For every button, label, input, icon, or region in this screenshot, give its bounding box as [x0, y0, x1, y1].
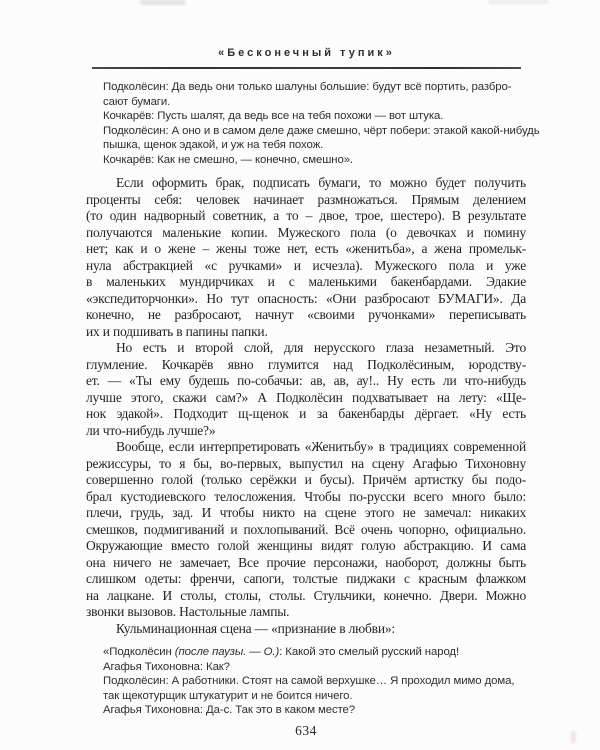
body-line: лучше этого, скажи сам?» А Подколёсин по… — [86, 390, 526, 407]
quote-line: так щекотурщик штукатурит и не боится ни… — [103, 689, 533, 704]
body-line: получаются маленькие копии. Мужеского по… — [86, 225, 526, 242]
body-line: проценты себя: человек начинает размножа… — [86, 192, 526, 209]
body-line: в маленьких мундирчиках и с маленькими б… — [86, 274, 526, 291]
quote-line: Агафья Тихоновна: Да-с. Так это в каком … — [103, 703, 533, 718]
body-line: Но есть и второй слой, для нерусского гл… — [86, 340, 526, 357]
body-line: (то один надворный советник, а то – двое… — [86, 208, 526, 225]
body-line: она ничего не замечает, Все прочие персо… — [86, 555, 526, 572]
body-line: нула абстракцией «с ручками» и исчезла).… — [86, 258, 526, 275]
body-line: Если оформить брак, подписать бумаги, то… — [86, 175, 526, 192]
quote-block-bottom: «Подколёсин (после паузы. — О.): Какой э… — [103, 645, 533, 718]
body-line: ет. — «Ты ему будешь по-собачьи: ав, ав,… — [86, 373, 526, 390]
scan-artifact — [571, 731, 576, 743]
quote-line: сают бумаги. — [103, 95, 533, 110]
quote-line: Кочкарёв: Пусть шалят, да ведь все на те… — [103, 109, 533, 124]
body-line: нок эдакой». Подходит щ-щенок и за бакен… — [86, 406, 526, 423]
body-text: Если оформить брак, подписать бумаги, то… — [86, 175, 526, 637]
body-line: слишком одеты: френчи, сапоги, толстые п… — [86, 571, 526, 588]
quote-line: Подколёсин: А работники. Стоят на самой … — [103, 674, 533, 689]
body-line: их и подшивать в папины папки. — [86, 324, 526, 341]
book-page: «Бесконечный тупик» Подколёсин: Да ведь … — [0, 0, 600, 750]
scan-artifact — [140, 0, 186, 5]
body-line: «экспедиторчонки». Но тут опасность: «Он… — [86, 291, 526, 308]
quote-line: Агафья Тихоновна: Как? — [103, 660, 533, 675]
body-line: ли что-нибудь лучше?» — [86, 423, 526, 440]
body-line: режиссуры, то я бы, во-первых, выпустил … — [86, 456, 526, 473]
quote-line: «Подколёсин (после паузы. — О.): Какой э… — [103, 645, 533, 660]
quote-block-top: Подколёсин: Да ведь они только шалуны бо… — [103, 80, 533, 168]
body-line: плечи, грудь, зад. И чтобы никто на сцен… — [86, 505, 526, 522]
body-line: совершенно голой (только серёжки и бусы)… — [86, 472, 526, 489]
scan-artifact — [488, 0, 548, 4]
body-line: Вообще, если интерпретировать «Женитьбу»… — [86, 439, 526, 456]
body-line: на лацкане. И столы, столы, столы. Стуль… — [86, 588, 526, 605]
body-line: конечно, не разбросают, начнут «своими р… — [86, 307, 526, 324]
body-line: глумление. Кочкарёв явно глумится над По… — [86, 357, 526, 374]
body-line: звонки вызовов. Настольные лампы. — [86, 604, 526, 621]
quote-line: Подколёсин: А оно и в самом деле даже см… — [103, 124, 533, 139]
body-line: смешков, подмигиваний и похлопываний. Вс… — [86, 522, 526, 539]
quote-line: Кочкарёв: Как не смешно, — конечно, смеш… — [103, 153, 533, 168]
header-rule — [92, 67, 521, 69]
body-line: брал кустодиевского телосложения. Чтобы … — [86, 489, 526, 506]
body-line: нет; как и о жене – жены тоже нет, есть … — [86, 241, 526, 258]
quote-line: пышка, щенок эдакой, и уж на тебя похож. — [103, 138, 533, 153]
body-line: Окружающие вместо голой женщины видят го… — [86, 538, 526, 555]
body-line: Кульминационная сцена — «признание в люб… — [86, 621, 526, 638]
page-number: 634 — [86, 723, 526, 739]
running-header: «Бесконечный тупик» — [92, 47, 521, 59]
quote-line: Подколёсин: Да ведь они только шалуны бо… — [103, 80, 533, 95]
